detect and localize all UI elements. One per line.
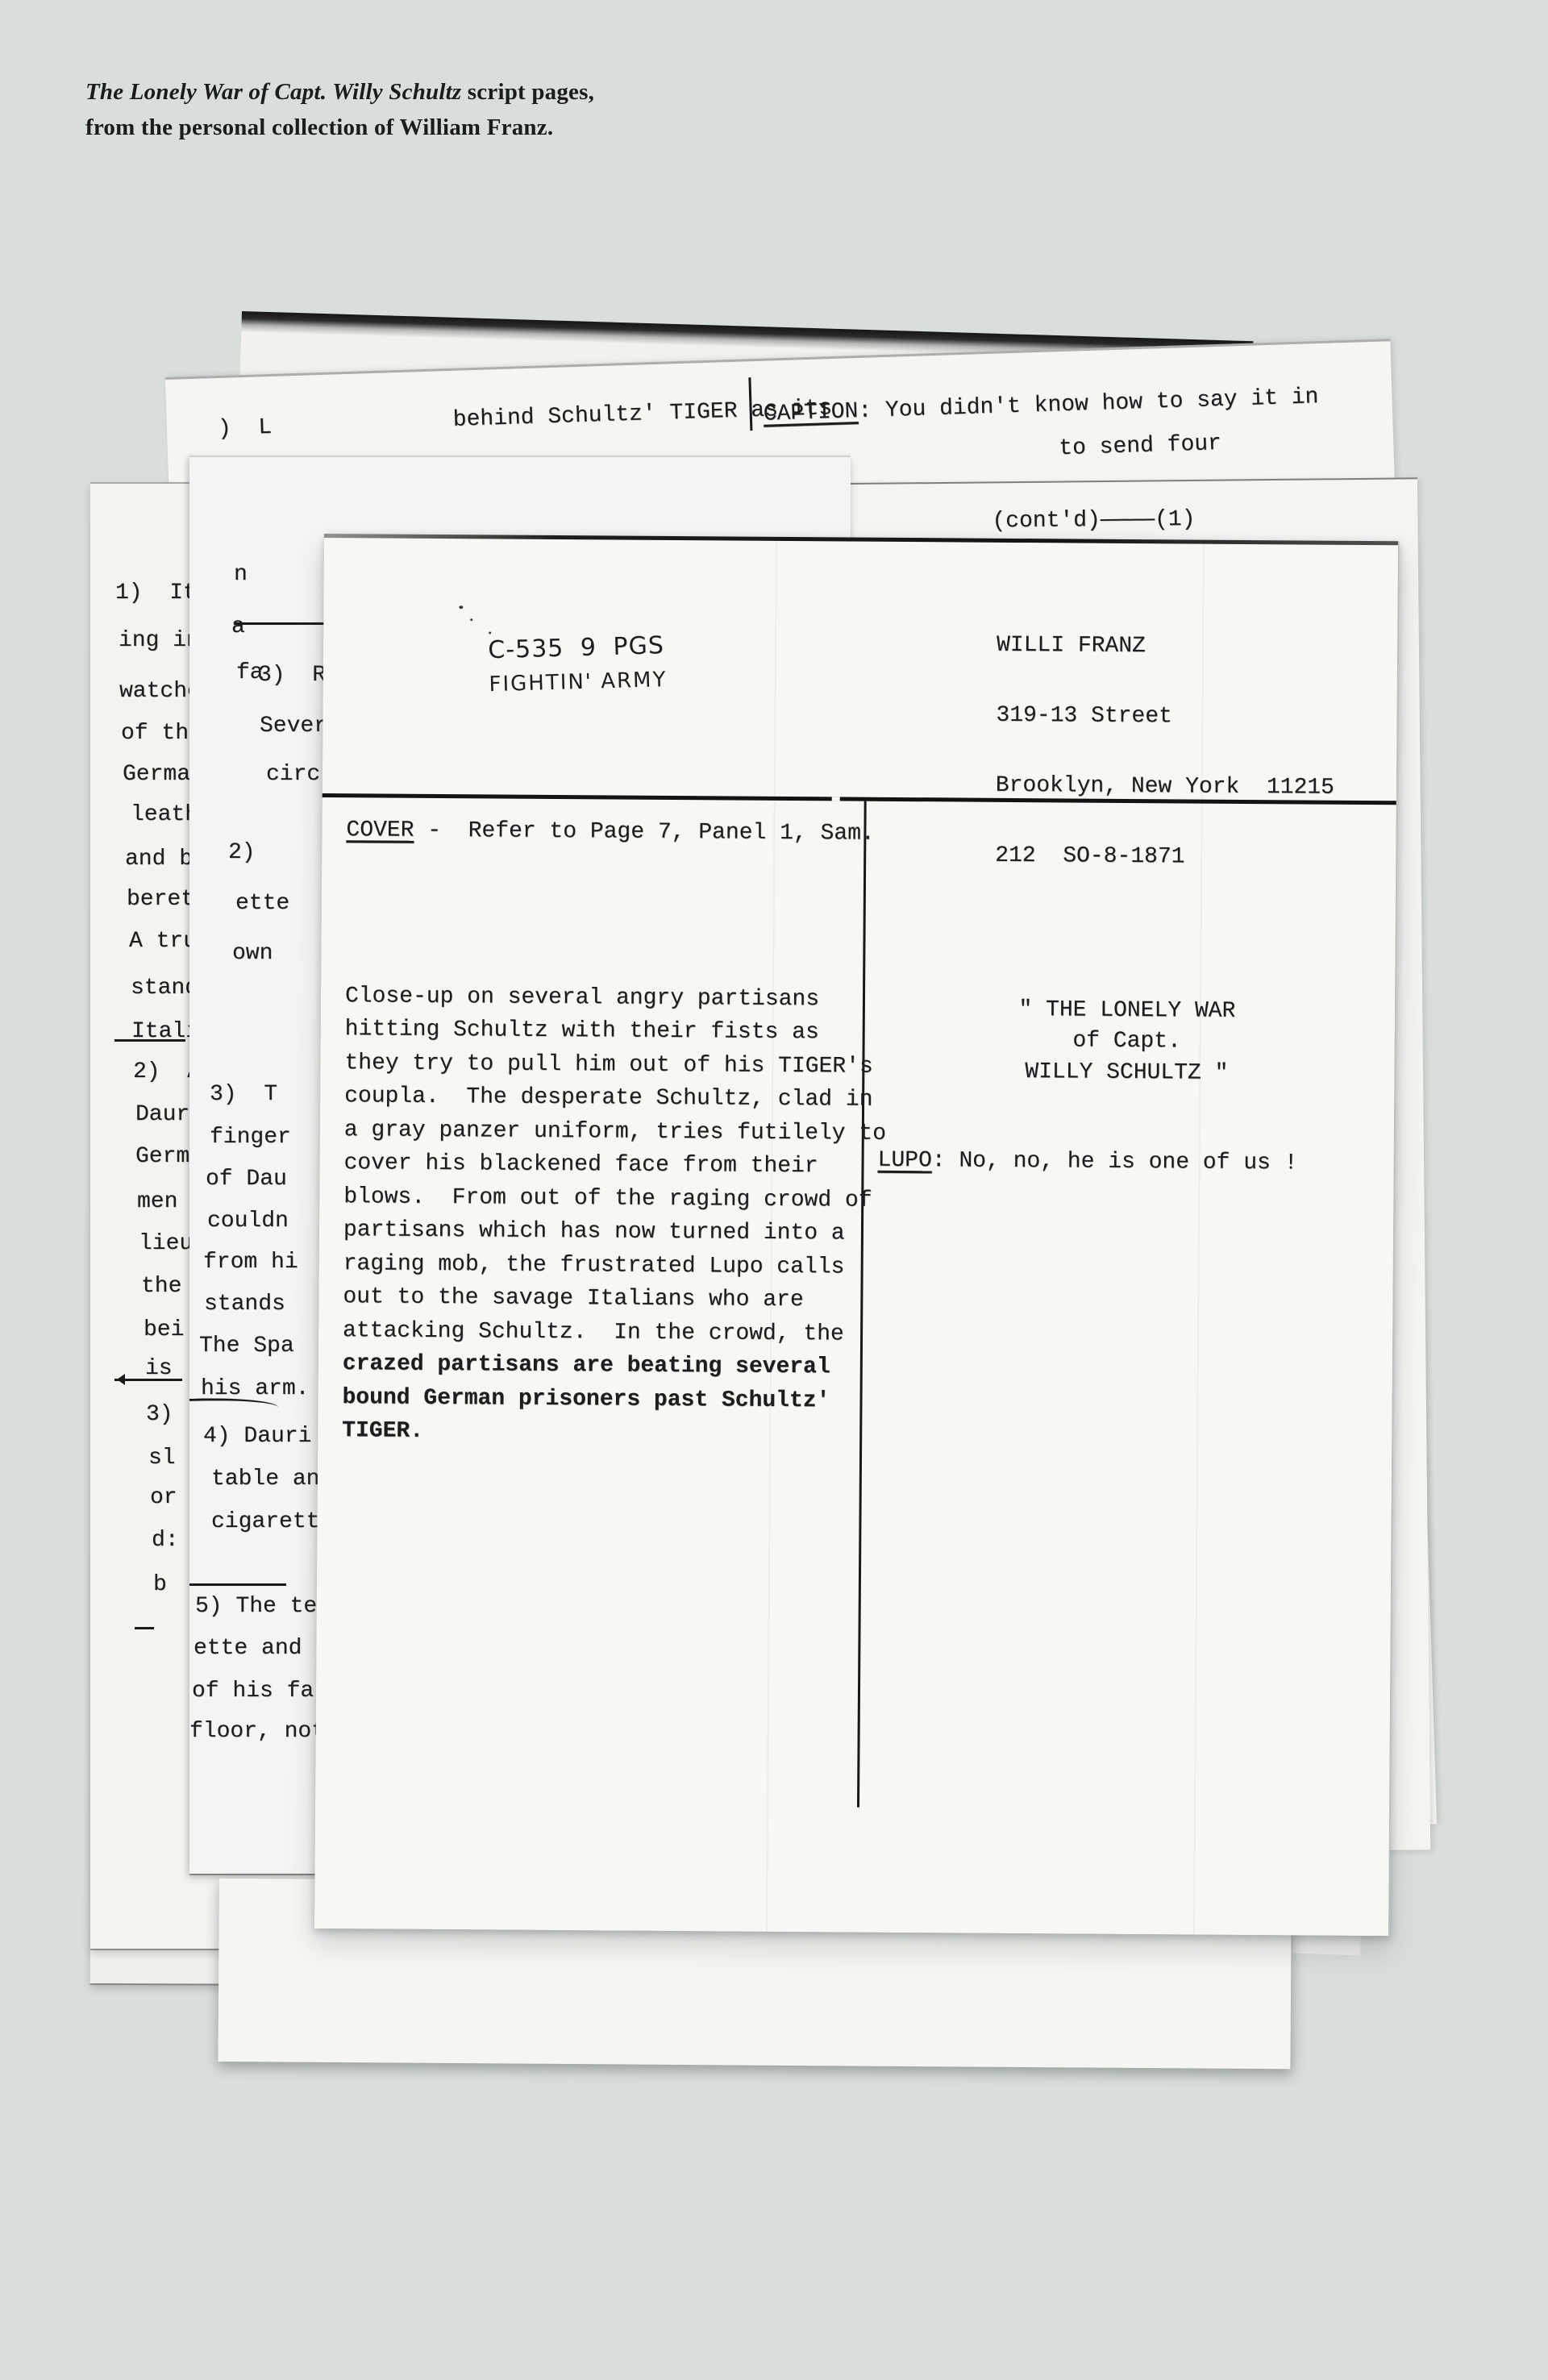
panel-description: Close-up on several angry partisanshitti…	[342, 879, 888, 1451]
cover-heading: COVER - Refer to Page 7, Panel 1, Sam.	[346, 818, 875, 847]
text-fragment: Germ	[135, 1144, 189, 1169]
handwritten-series-name: FIGHTIN' ARMY	[489, 668, 668, 697]
description-line: out to the savage Italians who are	[343, 1280, 884, 1317]
story-title: " THE LONELY WARof Capt.WILLY SCHULTZ "	[965, 901, 1289, 1090]
text-fragment: stands	[204, 1292, 285, 1317]
description-line: cover his blackened face from their	[343, 1146, 885, 1184]
typed-rule	[114, 1039, 185, 1042]
caption-fragment: CAPTION: You didn't know how to say it i…	[763, 385, 1319, 427]
caption-text: : You didn't know how to say it in	[858, 385, 1319, 424]
script-title-italic: The Lonely War of Capt. Willy Schultz	[85, 79, 461, 105]
description-line: attacking Schultz. In the crowd, the	[343, 1314, 884, 1351]
text-fragment: ) L	[218, 415, 273, 442]
description-line: blows. From out of the raging crowd of	[343, 1180, 885, 1217]
author-street: 319-13 Street	[996, 704, 1334, 730]
story-title-line: WILLY SCHULTZ "	[965, 1056, 1288, 1089]
story-title-line: of Capt.	[965, 1026, 1288, 1059]
description-line: they try to pull him out of his TIGER's	[344, 1046, 886, 1084]
ink-speck	[459, 605, 463, 609]
text-fragment: from hi	[203, 1250, 298, 1275]
description-line: hitting Schultz with their fists as	[345, 1013, 887, 1050]
text-fragment: the	[141, 1274, 181, 1299]
contd-header: (cont'd)————(1)	[992, 507, 1195, 534]
text-fragment: of Dau	[206, 1167, 287, 1192]
ink-speck	[470, 618, 472, 621]
text-fragment: cigarett	[211, 1509, 319, 1534]
description-line: crazed partisans are beating several	[343, 1347, 884, 1384]
text-fragment: The Spa	[199, 1334, 294, 1359]
dialogue-text: : No, no, he is one of us !	[932, 1148, 1298, 1175]
handwritten-code: C-535 9 PGS FIGHTIN' ARMY	[488, 631, 668, 697]
text-fragment: of his fa	[192, 1679, 314, 1704]
script-page-front: C-535 9 PGS FIGHTIN' ARMY WILLI FRANZ 31…	[314, 534, 1400, 1936]
pen-arrow-line	[114, 1379, 182, 1381]
description-line: a gray panzer uniform, tries futilely to	[344, 1113, 886, 1150]
text-fragment: men	[137, 1189, 177, 1214]
author-city: Brooklyn, New York 11215	[996, 774, 1334, 800]
photo-caption-line2: from the personal collection of William …	[85, 110, 594, 145]
text-fragment: bei	[144, 1317, 184, 1342]
text-fragment: 2)	[228, 840, 256, 865]
typed-rule	[189, 1583, 286, 1586]
text-fragment: couldn	[207, 1209, 289, 1234]
text-fragment: a	[231, 614, 245, 639]
text-fragment: lieu	[139, 1231, 193, 1256]
text-fragment: is	[145, 1356, 173, 1381]
photo-caption-suffix: script pages,	[461, 79, 594, 105]
cover-heading-rest: - Refer to Page 7, Panel 1, Sam.	[414, 818, 874, 847]
photo-caption-line1: The Lonely War of Capt. Willy Schultz sc…	[85, 74, 594, 110]
handwritten-issue-code: C-535 9 PGS	[488, 631, 667, 664]
description-line: TIGER.	[342, 1414, 884, 1451]
photo-caption: The Lonely War of Capt. Willy Schultz sc…	[85, 74, 594, 145]
text-fragment: to send four	[1059, 431, 1222, 461]
text-fragment: 3)	[146, 1402, 173, 1427]
scanned-script-photo: The Lonely War of Capt. Willy Schultz sc…	[0, 0, 1548, 2380]
author-name: WILLI FRANZ	[997, 634, 1335, 659]
text-fragment: b	[153, 1572, 167, 1597]
text-fragment: floor, not	[189, 1719, 325, 1744]
text-fragment: n	[234, 562, 248, 587]
speaker-label: LUPO	[877, 1148, 931, 1173]
text-fragment: ette and	[193, 1636, 302, 1661]
text-fragment: d:	[152, 1528, 179, 1553]
text-fragment: his arm.	[201, 1376, 309, 1401]
pen-rule	[234, 622, 327, 625]
text-fragment: finger	[210, 1125, 291, 1150]
header-rule-gap	[832, 797, 840, 801]
description-line: bound German prisoners past Schultz'	[342, 1381, 884, 1418]
author-phone: 212 SO-8-1871	[995, 844, 1334, 870]
text-fragment: table an	[211, 1467, 319, 1492]
lupo-dialogue: LUPO: No, no, he is one of us !	[877, 1148, 1297, 1176]
text-fragment: or	[150, 1485, 177, 1510]
description-line: Close-up on several angry partisans	[345, 980, 887, 1017]
text-fragment: ette	[235, 891, 289, 916]
description-line: partisans which has now turned into a	[343, 1213, 885, 1250]
text-fragment: 4) Dauri	[203, 1424, 311, 1449]
text-fragment: 3) T	[210, 1082, 277, 1107]
cover-label: COVER	[346, 818, 414, 843]
text-fragment: 5) The te	[195, 1594, 317, 1619]
story-title-line: " THE LONELY WAR	[966, 994, 1288, 1027]
description-line: raging mob, the frustrated Lupo calls	[343, 1247, 885, 1284]
text-fragment: sl	[148, 1446, 176, 1471]
text-fragment: own	[232, 941, 273, 966]
author-address-block: WILLI FRANZ 319-13 Street Brooklyn, New …	[995, 587, 1336, 917]
ink-speck	[489, 631, 491, 634]
pen-dash	[135, 1627, 154, 1629]
caption-label: CAPTION	[763, 399, 859, 427]
description-line: coupla. The desperate Schultz, clad in	[344, 1080, 886, 1117]
